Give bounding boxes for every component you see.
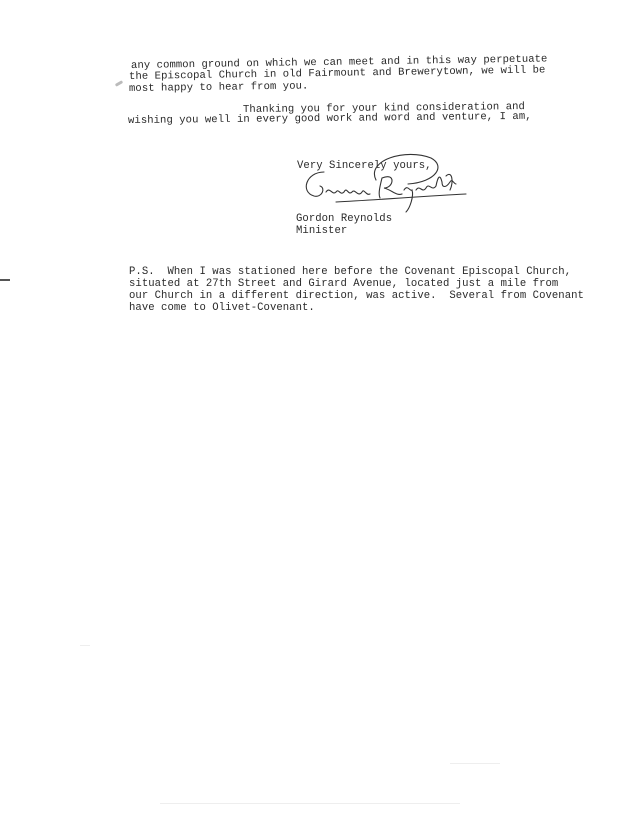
typed-signature-name: Gordon Reynolds xyxy=(296,213,392,225)
letter-page: any common ground on which we can meet a… xyxy=(0,0,625,832)
body-line: wishing you well in every good work and … xyxy=(128,111,532,127)
postscript-line: situated at 27th Street and Girard Avenu… xyxy=(129,278,558,290)
bleed-through-mark xyxy=(160,803,460,804)
bleed-through-mark xyxy=(450,763,500,764)
handwritten-signature xyxy=(296,150,536,220)
body-line: most happy to hear from you. xyxy=(129,80,309,95)
signature-title: Minister xyxy=(296,225,347,237)
postscript-line: P.S. When I was stationed here before th… xyxy=(129,266,571,278)
margin-mark xyxy=(0,279,10,281)
postscript-line: have come to Olivet-Covenant. xyxy=(129,302,315,314)
margin-smudge xyxy=(115,80,123,87)
bleed-through-mark xyxy=(80,645,90,646)
postscript-line: our Church in a different direction, was… xyxy=(129,290,584,302)
